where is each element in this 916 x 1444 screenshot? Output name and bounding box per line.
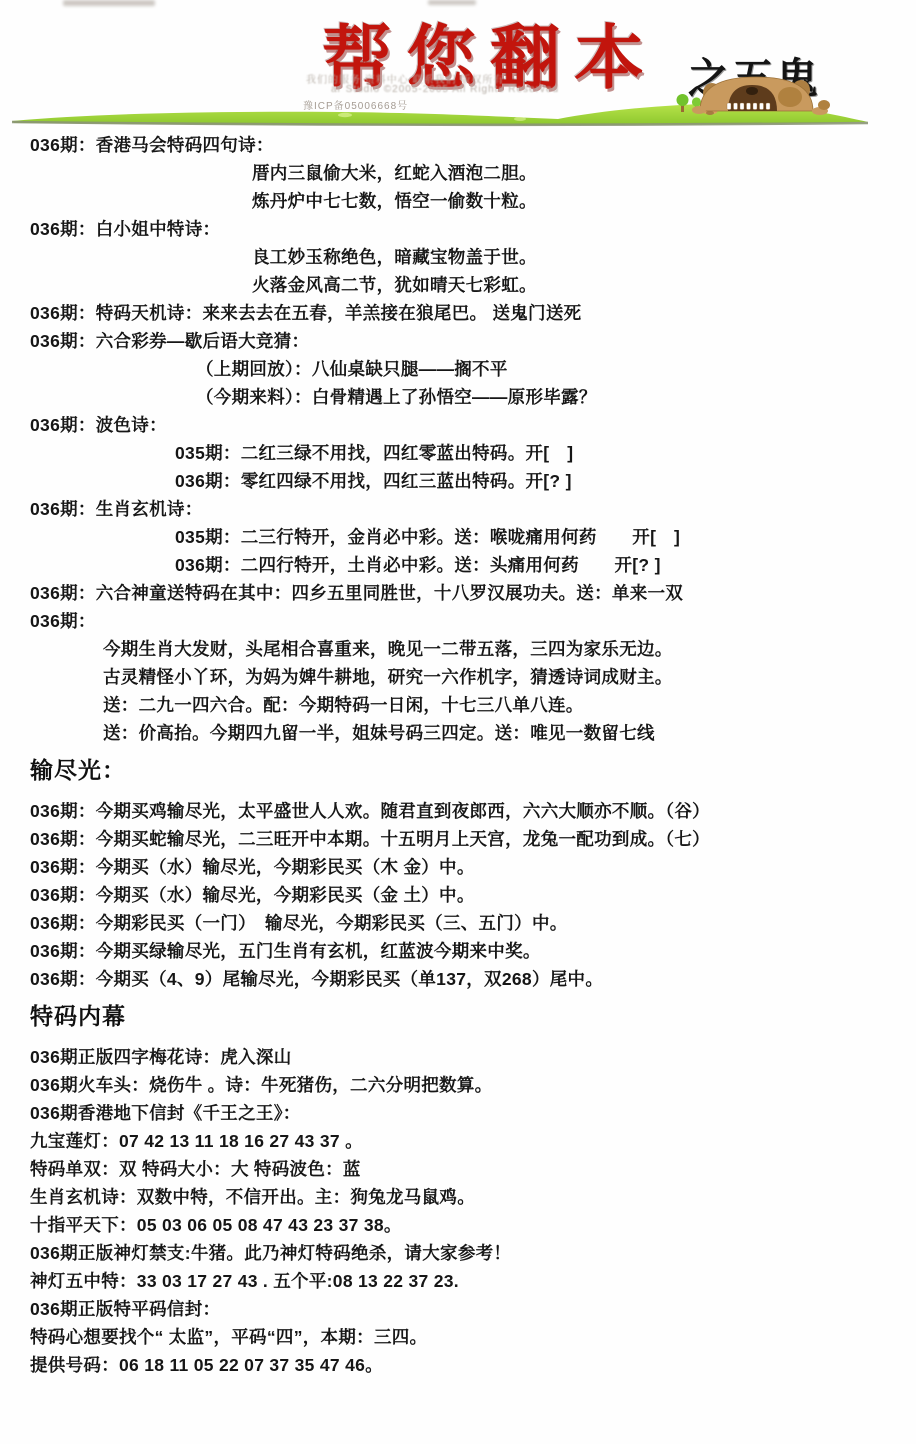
text-line: 036期正版神灯禁支:牛猪。此乃神灯特码绝杀，请大家参考！ — [0, 1239, 916, 1267]
grass-highlight — [514, 117, 526, 121]
text-line: 036期：今期买绿输尽光，五门生肖有玄机，红蓝波今期来中奖。 — [0, 937, 916, 965]
text-line: 036期：生肖玄机诗： — [0, 495, 916, 523]
text-line: 036期正版四字梅花诗：虎入深山 — [0, 1043, 916, 1071]
text-line: 036期：今期买鸡输尽光，太平盛世人人欢。随君直到夜郎西，六六大顺亦不顺。（谷） — [0, 797, 916, 825]
text-line: 特码心想要找个“ 太监”，平码“四”，本期：三四。 — [0, 1323, 916, 1351]
tip-sheet-page: 帮您翻本 之五鬼 我们的服务 资料中心 联系我们 版权所有 ar Studio … — [0, 0, 916, 1444]
text-line: （上期回放）：八仙桌缺只腿——搁不平 — [0, 355, 916, 383]
text-line: 火落金风高二节，犹如晴天七彩虹。 — [0, 271, 916, 299]
text-line: 特码单双：双 特码大小：大 特码波色：蓝 — [0, 1155, 916, 1183]
text-line: 036期：六合彩券—歇后语大竞猜： — [0, 327, 916, 355]
text-line: 035期：二三行特开，金肖必中彩。送：喉咙痛用何药 开[ ] — [0, 523, 916, 551]
scan-smudge — [63, 0, 155, 6]
text-line: 古灵精怪小丫环，为妈为婢牛耕地，研究一六作机字，猜透诗词成财主。 — [0, 663, 916, 691]
text-line: 送：二九一四六合。配：今期特码一日闲，十七三八单八连。 — [0, 691, 916, 719]
dog-icon — [692, 77, 830, 115]
grass-highlight — [338, 113, 352, 117]
text-line: 生肖玄机诗：双数中特，不信开出。主：狗兔龙马鼠鸡。 — [0, 1183, 916, 1211]
section-heading: 输尽光： — [0, 755, 916, 785]
text-line: 036期：今期彩民买（一门） 输尽光，今期彩民买（三、五门）中。 — [0, 909, 916, 937]
text-line: 036期：今期买蛇输尽光，二三旺开中本期。十五明月上天宫，龙兔一配功到成。（七） — [0, 825, 916, 853]
text-line: 036期：今期买（水）输尽光，今期彩民买（金 土）中。 — [0, 881, 916, 909]
text-line: 036期：二四行特开，土肖必中彩。送：头痛用何药 开[? ] — [0, 551, 916, 579]
text-line: 炼丹炉中七七数，悟空一偷数十粒。 — [0, 187, 916, 215]
text-line: 036期：今期买（4、9）尾输尽光，今期彩民买（单137，双268）尾中。 — [0, 965, 916, 993]
text-line: 036期：白小姐中特诗： — [0, 215, 916, 243]
text-line: 036期火车头：烧伤牛 。诗：牛死猪伤，二六分明把数算。 — [0, 1071, 916, 1099]
text-line: 036期：今期买（水）输尽光，今期彩民买（木 金）中。 — [0, 853, 916, 881]
content-lines: 036期：香港马会特码四句诗：厝内三鼠偷大米，红蛇入酒泡二胆。炼丹炉中七七数，悟… — [0, 131, 916, 1379]
text-line: 036期：香港马会特码四句诗： — [0, 131, 916, 159]
text-line: 今期生肖大发财，头尾相合喜重来，晚见一二带五落，三四为家乐无边。 — [0, 635, 916, 663]
text-line: 036期：六合神童送特码在其中：四乡五里同胜世，十八罗汉展功夫。送：单来一双 — [0, 579, 916, 607]
text-line: 十指平天下：05 03 06 05 08 47 43 23 37 38。 — [0, 1211, 916, 1239]
text-line: 九宝莲灯：07 42 13 11 18 16 27 43 37 。 — [0, 1127, 916, 1155]
text-line: 036期： — [0, 607, 916, 635]
text-line: 送：价高抬。今期四九留一半，姐妹号码三四定。送：唯见一数留七线 — [0, 719, 916, 747]
text-line: 036期：特码天机诗：来来去去在五春，羊羔接在狼尾巴。 送鬼门送死 — [0, 299, 916, 327]
text-line: 036期：波色诗： — [0, 411, 916, 439]
text-line: 厝内三鼠偷大米，红蛇入酒泡二胆。 — [0, 159, 916, 187]
text-line: 036期正版特平码信封： — [0, 1295, 916, 1323]
text-line: 036期香港地下信封《千王之王》： — [0, 1099, 916, 1127]
text-line: 良工妙玉称绝色，暗藏宝物盖于世。 — [0, 243, 916, 271]
text-line: 036期：零红四绿不用找，四红三蓝出特码。开[? ] — [0, 467, 916, 495]
grass-illustration — [0, 70, 916, 130]
text-line: 神灯五中特：33 03 17 27 43 . 五个平:08 13 22 37 2… — [0, 1267, 916, 1295]
text-line: 提供号码：06 18 11 05 22 07 37 35 47 46。 — [0, 1351, 916, 1379]
text-line: （今期来料）：白骨精遇上了孙悟空——原形毕露？ — [0, 383, 916, 411]
section-heading: 特码内幕 — [0, 1001, 916, 1031]
text-line: 035期：二红三绿不用找，四红零蓝出特码。开[ ] — [0, 439, 916, 467]
header: 帮您翻本 之五鬼 我们的服务 资料中心 联系我们 版权所有 ar Studio … — [0, 0, 916, 131]
